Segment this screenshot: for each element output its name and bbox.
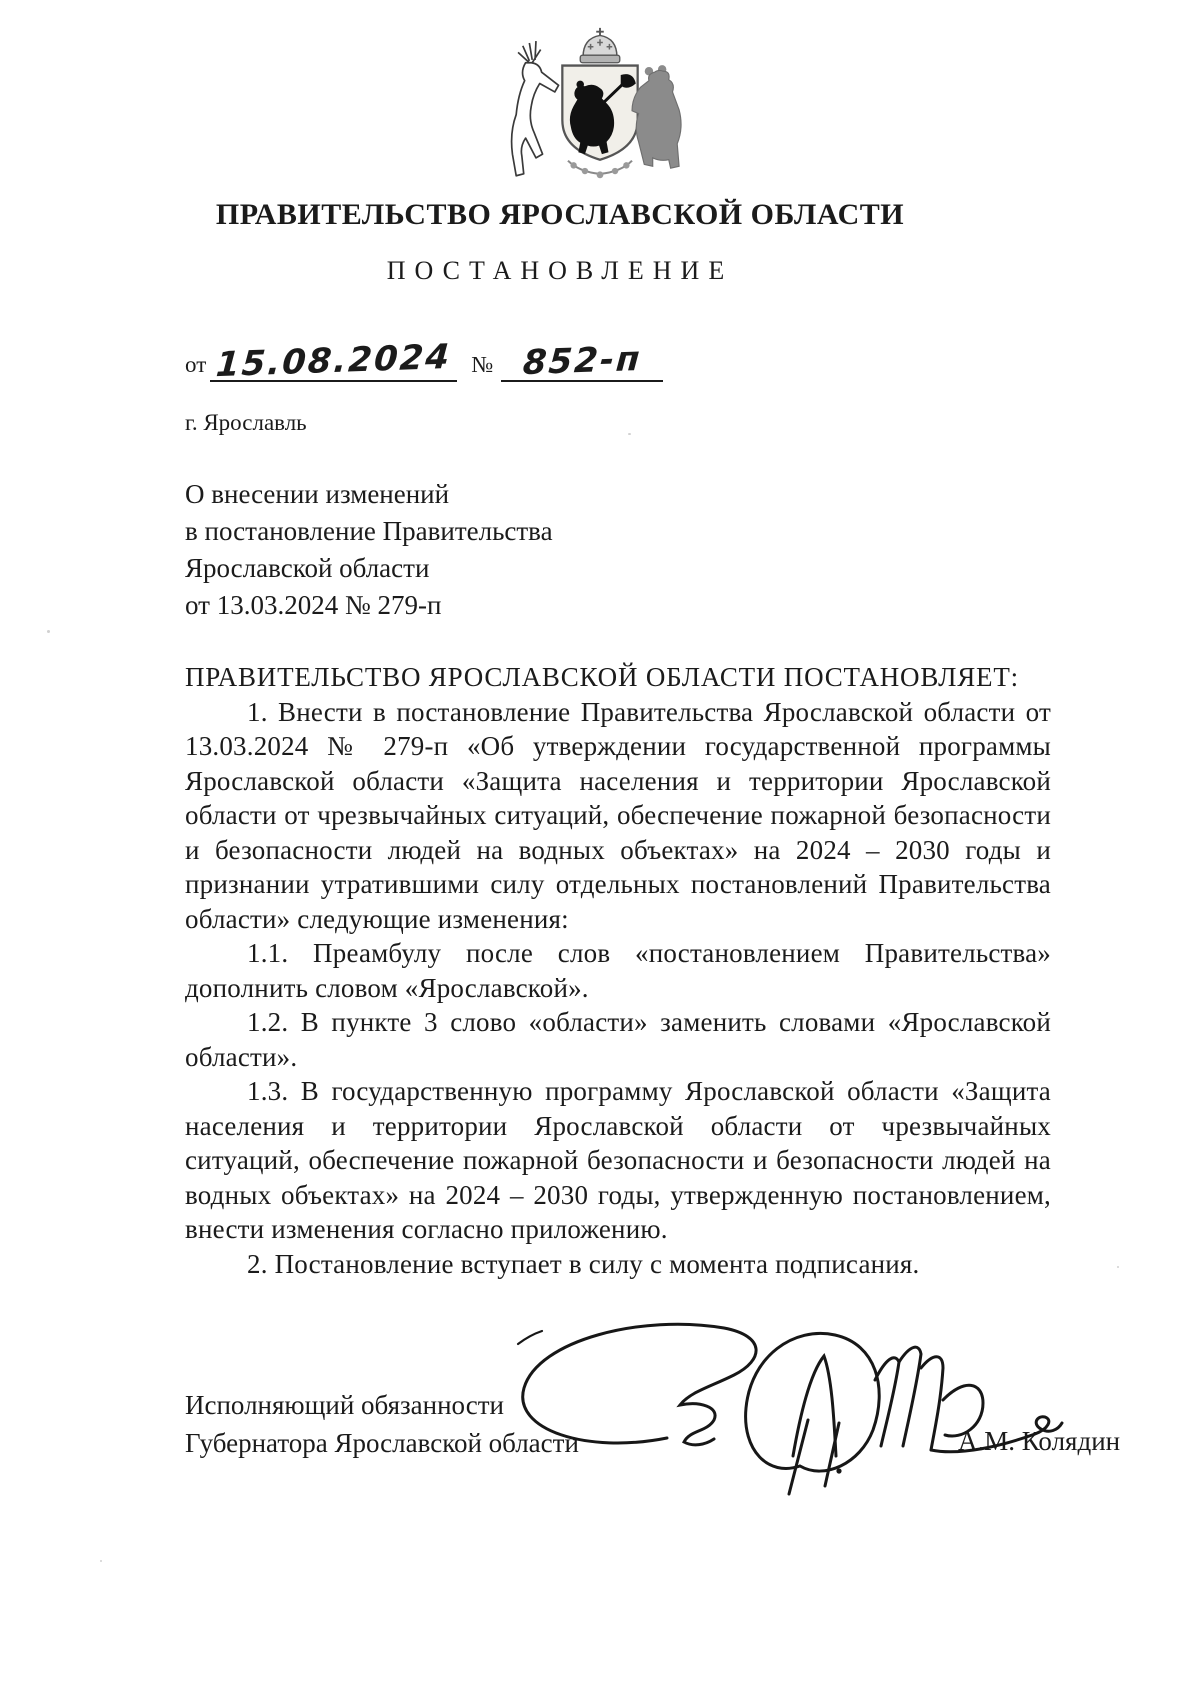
paragraph-1-2: 1.2. В пункте 3 слово «области» заменить… [185, 1005, 1051, 1074]
subject-line: О внесении изменений [185, 476, 553, 513]
org-title: ПРАВИТЕЛЬСТВО ЯРОСЛАВСКОЙ ОБЛАСТИ [130, 198, 990, 232]
subject-block: О внесении изменений в постановление Пра… [185, 476, 553, 624]
scan-speck [47, 630, 50, 633]
deer-supporter [512, 41, 559, 176]
number-blank-line: 852-п [501, 344, 663, 382]
city-label: г. Ярославль [185, 410, 307, 436]
signature-scribble-icon [492, 1258, 1072, 1500]
resolution-heading: ПРАВИТЕЛЬСТВО ЯРОСЛАВСКОЙ ОБЛАСТИ ПОСТАН… [185, 660, 1051, 695]
paragraph-1-1: 1.1. Преамбулу после слов «постановление… [185, 936, 1051, 1005]
scan-speck [1117, 1266, 1119, 1268]
subject-line: от 13.03.2024 № 279-п [185, 587, 553, 624]
document-page: ПРАВИТЕЛЬСТВО ЯРОСЛАВСКОЙ ОБЛАСТИ ПОСТАН… [0, 0, 1200, 1697]
subject-line: в постановление Правительства [185, 513, 553, 550]
paragraph-1-3: 1.3. В государственную программу Ярослав… [185, 1074, 1051, 1247]
date-blank-line: 15.08.2024 [210, 344, 457, 382]
base-ornament [568, 161, 632, 179]
date-prefix-label: от [185, 352, 206, 377]
resolution-body: ПРАВИТЕЛЬСТВО ЯРОСЛАВСКОЙ ОБЛАСТИ ПОСТАН… [185, 660, 1051, 1281]
subject-line: Ярославской области [185, 550, 553, 587]
handwritten-date: 15.08.2024 [215, 340, 452, 382]
handwritten-number: 852-п [522, 342, 643, 380]
bear-supporter [632, 65, 681, 168]
paragraph-1: 1. Внести в постановление Правительства … [185, 695, 1051, 937]
crown-icon [580, 28, 620, 63]
coat-of-arms-icon [487, 26, 713, 188]
doc-type-title: ПОСТАНОВЛЕНИЕ [130, 256, 990, 286]
scan-speck [628, 433, 631, 435]
number-sign: № [471, 352, 493, 377]
scan-speck [100, 1560, 102, 1562]
date-number-row: от15.08.2024№852-п [185, 344, 663, 406]
